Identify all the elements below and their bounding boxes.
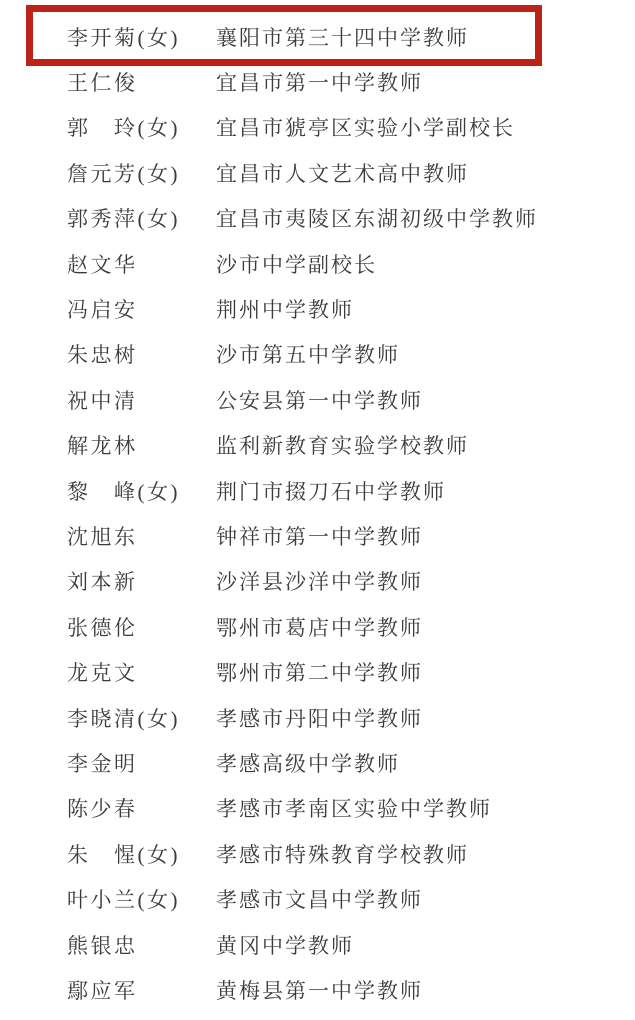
person-name: 冯启安 (67, 294, 216, 324)
person-name: 詹元芳(女) (67, 158, 216, 188)
person-position: 孝感市文昌中学教师 (216, 884, 423, 914)
list-item: 解龙林 监利新教育实验学校教师 (0, 423, 635, 468)
person-position: 监利新教育实验学校教师 (216, 430, 469, 460)
list-item: 朱 惺(女) 孝感市特殊教育学校教师 (0, 831, 635, 876)
list-item: 沈旭东 钟祥市第一中学教师 (0, 513, 635, 558)
list-item: 熊银忠 黄冈中学教师 (0, 922, 635, 967)
list-item: 詹元芳(女) 宜昌市人文艺术高中教师 (0, 150, 635, 195)
list-item: 鄢应军 黄梅县第一中学教师 (0, 967, 635, 1012)
list-item: 陈少春 孝感市孝南区实验中学教师 (0, 786, 635, 831)
list-item: 龙克文 鄂州市第二中学教师 (0, 649, 635, 694)
person-name: 朱忠树 (67, 339, 216, 369)
list-item: 郭秀萍(女) 宜昌市夷陵区东湖初级中学教师 (0, 196, 635, 241)
person-position: 黄梅县第一中学教师 (216, 975, 423, 1005)
person-name: 祝中清 (67, 385, 216, 415)
list-item: 赵文华 沙市中学副校长 (0, 241, 635, 286)
person-position: 孝感市丹阳中学教师 (216, 703, 423, 733)
list-item: 郭 玲(女) 宜昌市猇亭区实验小学副校长 (0, 105, 635, 150)
person-position: 鄂州市葛店中学教师 (216, 612, 423, 642)
list-item: 李金明 孝感高级中学教师 (0, 740, 635, 785)
person-name: 李金明 (67, 748, 216, 778)
person-position: 沙市中学副校长 (216, 249, 377, 279)
list-item: 叶小兰(女) 孝感市文昌中学教师 (0, 876, 635, 921)
person-position: 宜昌市夷陵区东湖初级中学教师 (216, 203, 538, 233)
person-name: 张德伦 (67, 612, 216, 642)
person-name: 陈少春 (67, 793, 216, 823)
person-name: 赵文华 (67, 249, 216, 279)
list-item: 王仁俊 宜昌市第一中学教师 (0, 59, 635, 104)
person-position: 荆门市掇刀石中学教师 (216, 476, 446, 506)
list-item: 黎 峰(女) 荆门市掇刀石中学教师 (0, 468, 635, 513)
list-item: 张德伦 鄂州市葛店中学教师 (0, 604, 635, 649)
person-name: 黎 峰(女) (67, 476, 216, 506)
person-name: 李开菊(女) (67, 22, 216, 52)
person-position: 沙洋县沙洋中学教师 (216, 566, 423, 596)
person-name: 郭 玲(女) (67, 112, 216, 142)
person-position: 荆州中学教师 (216, 294, 354, 324)
person-name: 解龙林 (67, 430, 216, 460)
list-item: 刘本新 沙洋县沙洋中学教师 (0, 559, 635, 604)
person-name: 沈旭东 (67, 521, 216, 551)
person-name: 叶小兰(女) (67, 884, 216, 914)
person-name: 鄢应军 (67, 975, 216, 1005)
person-position: 钟祥市第一中学教师 (216, 521, 423, 551)
list-item-highlighted: 李开菊(女) 襄阳市第三十四中学教师 (0, 14, 635, 59)
list-item: 祝中清 公安县第一中学教师 (0, 377, 635, 422)
person-name: 熊银忠 (67, 930, 216, 960)
person-name: 刘本新 (67, 566, 216, 596)
person-position: 孝感市孝南区实验中学教师 (216, 793, 492, 823)
person-position: 孝感高级中学教师 (216, 748, 400, 778)
person-position: 宜昌市猇亭区实验小学副校长 (216, 112, 515, 142)
person-position: 宜昌市第一中学教师 (216, 67, 423, 97)
person-position: 鄂州市第二中学教师 (216, 657, 423, 687)
person-position: 孝感市特殊教育学校教师 (216, 839, 469, 869)
document-page: 李开菊(女) 襄阳市第三十四中学教师 王仁俊 宜昌市第一中学教师 郭 玲(女) … (0, 0, 635, 1020)
list-item: 朱忠树 沙市第五中学教师 (0, 332, 635, 377)
list-item: 李晓清(女) 孝感市丹阳中学教师 (0, 695, 635, 740)
person-position: 沙市第五中学教师 (216, 339, 400, 369)
awardee-list: 李开菊(女) 襄阳市第三十四中学教师 王仁俊 宜昌市第一中学教师 郭 玲(女) … (0, 0, 635, 1013)
list-item: 冯启安 荆州中学教师 (0, 286, 635, 331)
person-position: 襄阳市第三十四中学教师 (216, 22, 469, 52)
person-position: 宜昌市人文艺术高中教师 (216, 158, 469, 188)
person-name: 龙克文 (67, 657, 216, 687)
person-position: 黄冈中学教师 (216, 930, 354, 960)
person-position: 公安县第一中学教师 (216, 385, 423, 415)
person-name: 朱 惺(女) (67, 839, 216, 869)
person-name: 李晓清(女) (67, 703, 216, 733)
person-name: 王仁俊 (67, 67, 216, 97)
person-name: 郭秀萍(女) (67, 203, 216, 233)
